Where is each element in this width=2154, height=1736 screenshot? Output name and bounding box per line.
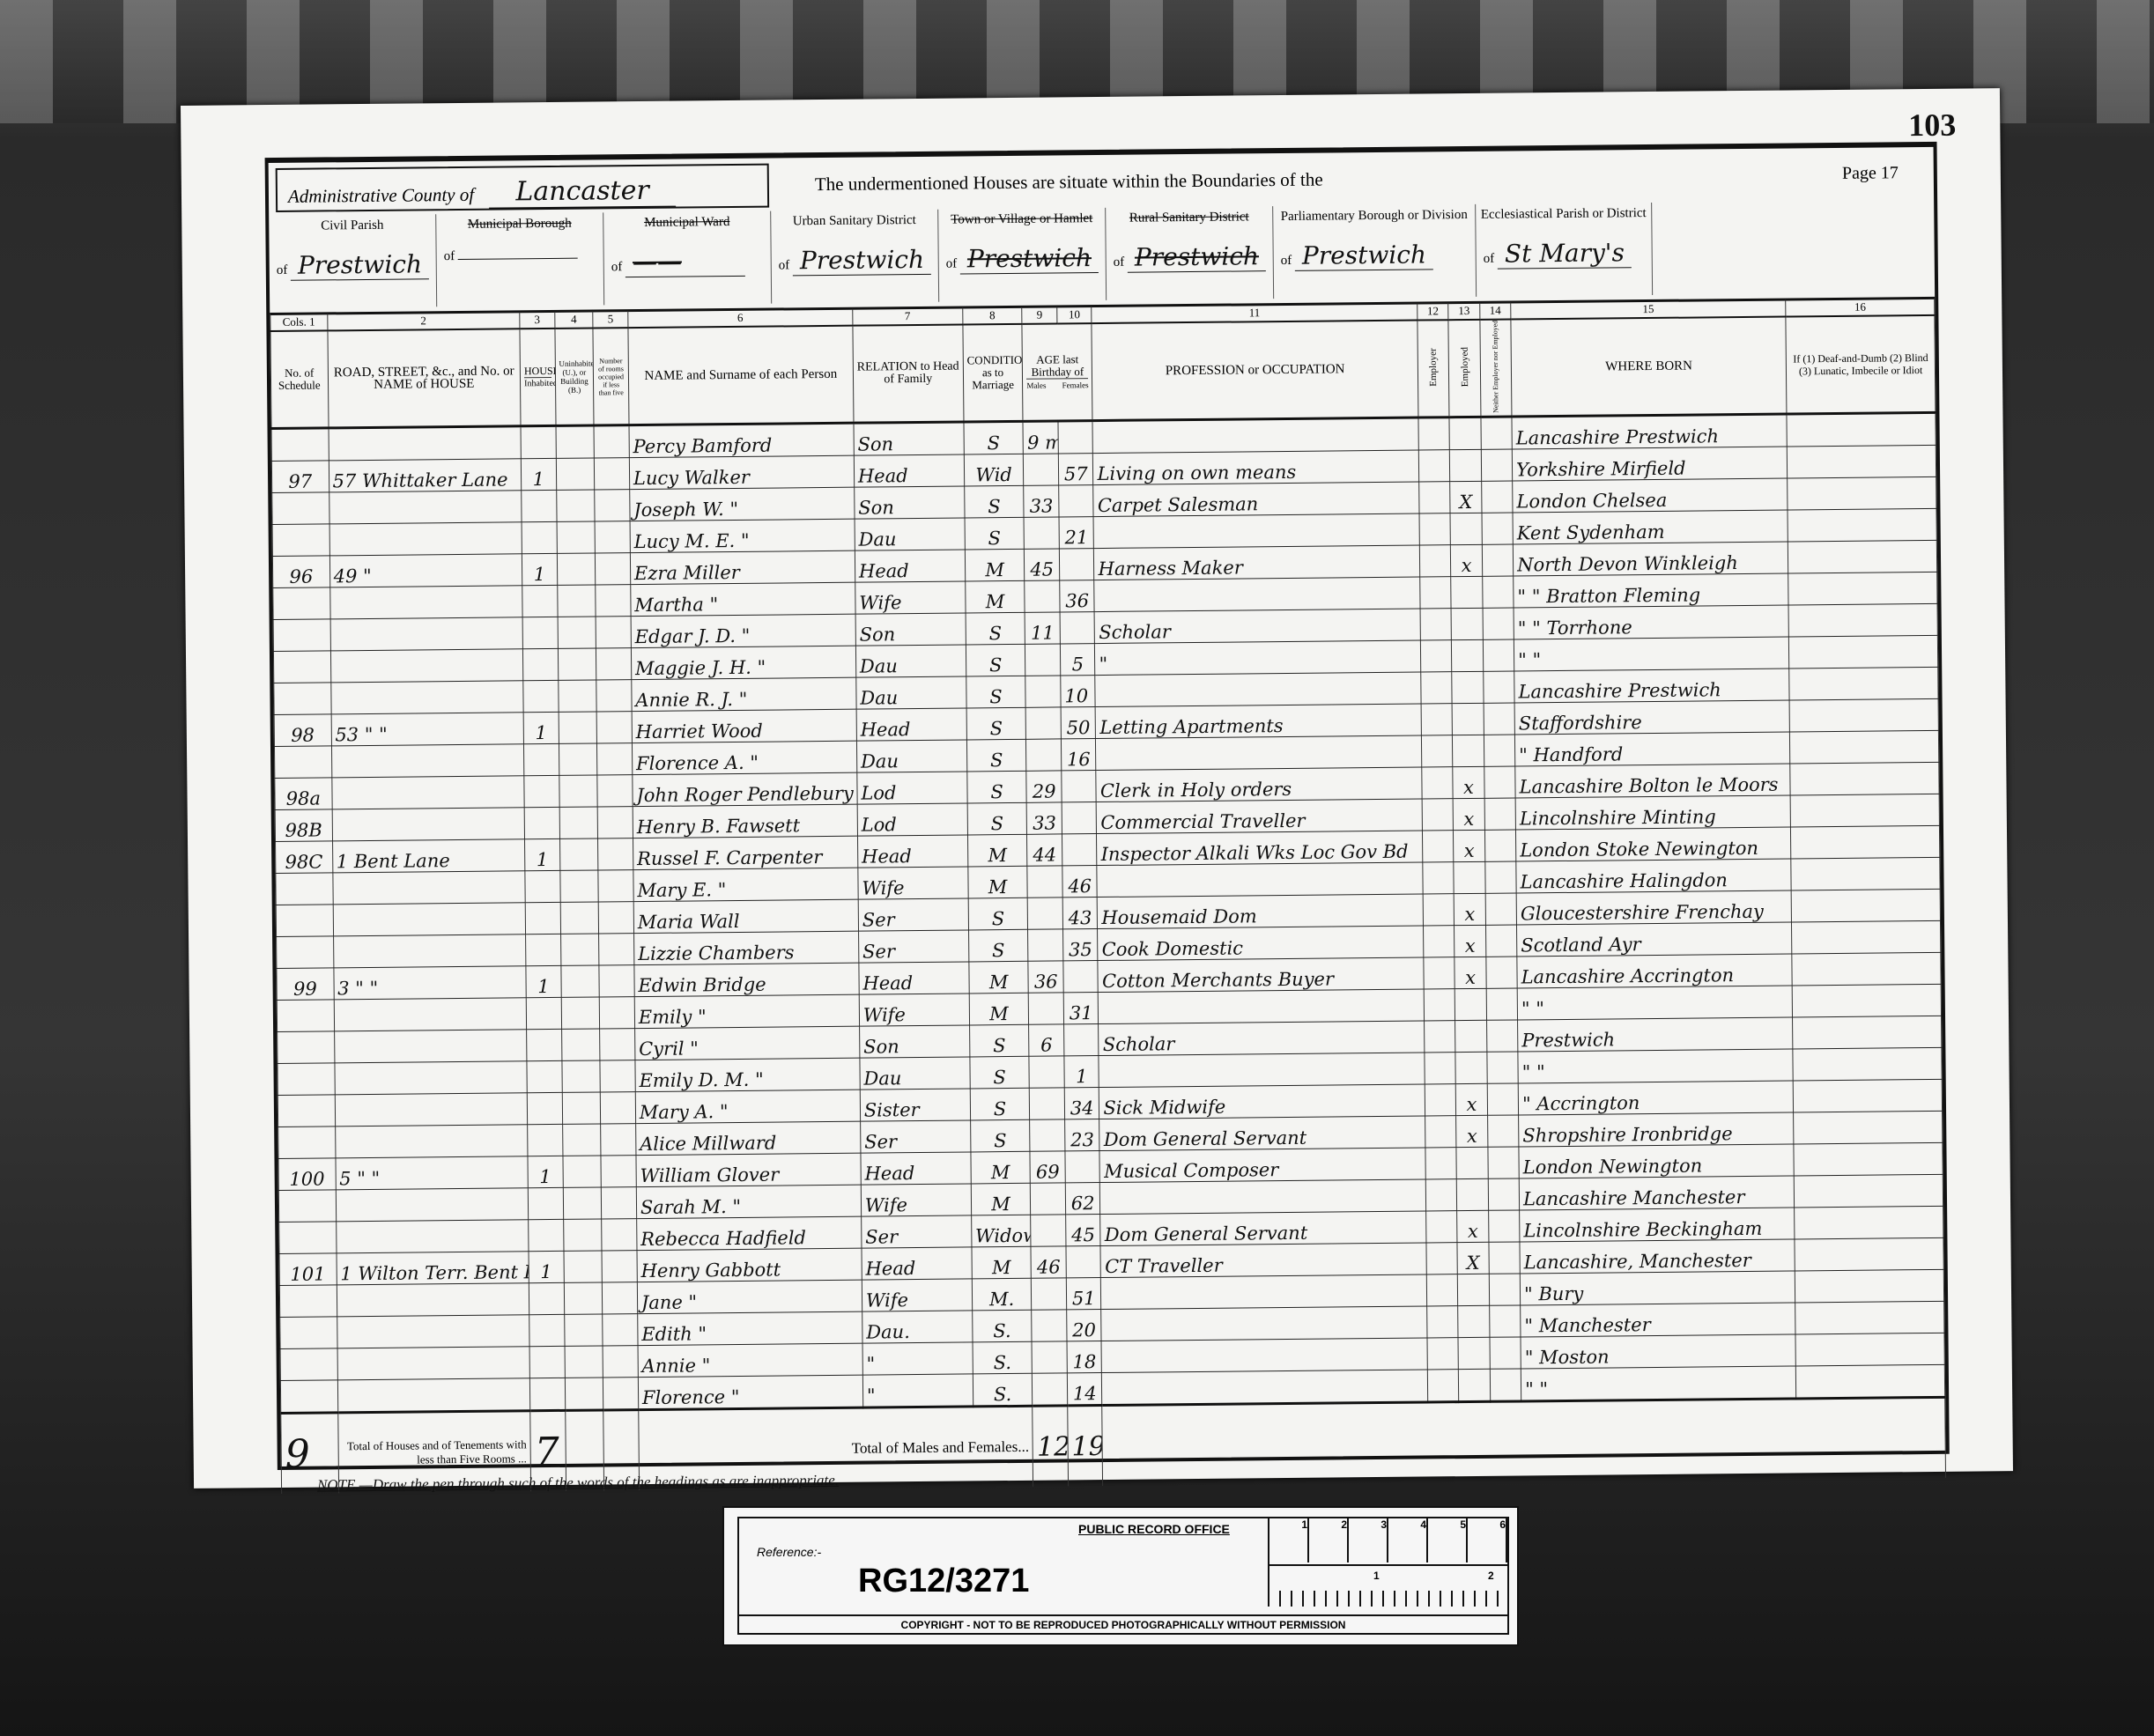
cell-addr bbox=[335, 1125, 528, 1158]
cell-born: Gloucestershire Frenchay bbox=[1516, 890, 1792, 925]
cell-inh bbox=[522, 522, 557, 554]
cell-name: Annie " bbox=[638, 1343, 862, 1377]
cell-name: Emily D. M. " bbox=[635, 1058, 860, 1091]
cell-inh bbox=[527, 1029, 562, 1060]
cell-sched bbox=[276, 905, 333, 937]
cell-cond: S bbox=[966, 612, 1025, 645]
cell-cond: S. bbox=[973, 1373, 1033, 1407]
cell-addr bbox=[334, 1061, 527, 1095]
cell-addr: 1 Bent Lane bbox=[332, 839, 525, 873]
cell-addr: 49 " bbox=[329, 554, 522, 587]
cell-name: Edith " bbox=[638, 1311, 862, 1345]
cell-addr bbox=[329, 522, 522, 556]
cell-m: 9 months bbox=[1023, 421, 1058, 454]
cell-cond: S. bbox=[973, 1341, 1033, 1374]
cell-name: Cyril " bbox=[634, 1026, 859, 1060]
heading-employer: Employer bbox=[1417, 320, 1449, 417]
cell-emp: x bbox=[1453, 766, 1484, 798]
heading-infirmity: If (1) Deaf-and-Dumb (2) Blind (3) Lunat… bbox=[1786, 315, 1936, 414]
cell-occ: Housemaid Dom bbox=[1098, 894, 1424, 929]
cell-name: Alice Millward bbox=[635, 1121, 860, 1155]
division-value: Prestwich bbox=[1128, 241, 1266, 273]
cell-occ: Carpet Salesman bbox=[1093, 482, 1419, 517]
cell-name: Mary A. " bbox=[635, 1090, 860, 1123]
cell-sched: 96 bbox=[272, 556, 329, 588]
cell-f bbox=[1062, 771, 1097, 802]
cm-mark: 6 bbox=[1468, 1518, 1507, 1562]
cm-mark: 5 bbox=[1428, 1518, 1468, 1562]
cell-occ: Harness Maker bbox=[1094, 545, 1420, 580]
cell-cond: S bbox=[969, 1024, 1029, 1057]
cell-m: 44 bbox=[1027, 834, 1062, 866]
cell-born: North Devon Winkleigh bbox=[1513, 542, 1788, 576]
cell-f: 45 bbox=[1066, 1215, 1101, 1246]
census-page: 103 Administrative County of Lancaster T… bbox=[181, 88, 2013, 1489]
cell-f: 20 bbox=[1067, 1310, 1102, 1341]
cell-rel: Ser bbox=[860, 1120, 970, 1153]
cell-emp bbox=[1450, 513, 1482, 544]
cell-emp: x bbox=[1454, 830, 1485, 861]
cell-cond: S bbox=[968, 898, 1028, 930]
cell-born: " Accrington bbox=[1518, 1081, 1794, 1115]
heading-schedule: No. of Schedule bbox=[270, 330, 329, 428]
division-label: Municipal Ward bbox=[603, 211, 770, 248]
cell-born: " " bbox=[1514, 637, 1789, 671]
cell-cond: S bbox=[966, 676, 1025, 708]
cell-emp bbox=[1457, 1178, 1489, 1210]
cell-sched: 98 bbox=[274, 714, 331, 747]
cell-emp bbox=[1452, 671, 1484, 703]
cell-f: 1 bbox=[1064, 1056, 1099, 1088]
cell-rel: Head bbox=[859, 962, 969, 994]
cell-inh bbox=[528, 1124, 563, 1156]
cell-addr: 53 " " bbox=[331, 713, 524, 746]
cell-cond: S bbox=[970, 1056, 1030, 1089]
cell-cond: S bbox=[964, 485, 1024, 518]
division-label: Urban Sanitary District bbox=[771, 210, 937, 247]
cell-f bbox=[1063, 1024, 1099, 1056]
cell-cond: M bbox=[967, 834, 1027, 867]
heading-rooms: Number of rooms occupied if less than fi… bbox=[593, 328, 629, 425]
heading-age-label: AGE last Birthday of bbox=[1026, 353, 1088, 379]
cell-rel: Head bbox=[856, 708, 966, 741]
cell-occ bbox=[1102, 1370, 1428, 1406]
cell-inh: 1 bbox=[526, 965, 561, 997]
cell-born: " " bbox=[1521, 1366, 1796, 1401]
division-label: Ecclesiastical Parish or District bbox=[1476, 203, 1651, 240]
cell-m bbox=[1031, 1183, 1066, 1215]
cell-born: Lincolnshire Beckingham bbox=[1520, 1208, 1795, 1242]
cell-addr: 1 Wilton Terr. Bent Lane bbox=[337, 1252, 529, 1285]
division-row: Civil Parish of PrestwichMunicipal Borou… bbox=[269, 147, 1934, 163]
cell-inh bbox=[527, 1092, 562, 1124]
cell-f: 46 bbox=[1062, 866, 1098, 898]
heading-males: Males bbox=[1026, 379, 1046, 391]
cell-cond: M bbox=[965, 580, 1025, 613]
cell-rel: Head bbox=[862, 1247, 972, 1280]
cell-inh bbox=[529, 1314, 565, 1346]
cell-sched bbox=[278, 1127, 336, 1159]
cell-inh bbox=[529, 1282, 564, 1314]
cell-name: Henry B. Fawsett bbox=[633, 804, 857, 838]
cell-name: Henry Gabbott bbox=[637, 1248, 862, 1282]
cell-sched bbox=[280, 1380, 337, 1414]
cell-inh bbox=[529, 1346, 565, 1378]
folio-number: 103 bbox=[1908, 107, 1956, 144]
cell-emp: x bbox=[1453, 798, 1484, 830]
cell-cond: M bbox=[972, 1246, 1032, 1279]
cell-born: " " bbox=[1517, 986, 1793, 1020]
cell-occ: Letting Apartments bbox=[1096, 704, 1422, 739]
cell-rel: Son bbox=[859, 1025, 969, 1058]
cell-m: 6 bbox=[1029, 1024, 1064, 1056]
cell-occ bbox=[1101, 1274, 1427, 1310]
cell-addr bbox=[334, 998, 527, 1031]
cell-emp: X bbox=[1457, 1242, 1489, 1274]
cell-name: Lucy Walker bbox=[629, 455, 854, 489]
division-0: Civil Parish of Prestwich bbox=[269, 214, 437, 308]
cell-emp bbox=[1458, 1305, 1490, 1337]
cell-emp: x bbox=[1457, 1210, 1489, 1242]
cell-m bbox=[1024, 454, 1059, 485]
cell-f: 14 bbox=[1067, 1373, 1102, 1406]
cm-mark: 3 bbox=[1349, 1518, 1388, 1562]
cell-addr bbox=[331, 776, 524, 809]
cell-cond: Wid bbox=[964, 454, 1024, 486]
cell-name: Annie R. J. " bbox=[632, 677, 856, 711]
cell-born: " " bbox=[1518, 1049, 1794, 1083]
cm-mark: 2 bbox=[1309, 1518, 1349, 1562]
cell-occ bbox=[1094, 577, 1420, 612]
cell-occ bbox=[1101, 1338, 1427, 1373]
cell-sched bbox=[279, 1285, 337, 1318]
cell-sched: 100 bbox=[278, 1158, 336, 1191]
cell-born: Lancashire Prestwich bbox=[1512, 414, 1788, 449]
column-number: Cols. 1 bbox=[270, 314, 328, 331]
division-value bbox=[458, 258, 578, 260]
cell-inh bbox=[522, 586, 558, 617]
cell-born: Lancashire Bolton le Moors bbox=[1515, 764, 1791, 798]
cell-m bbox=[1032, 1278, 1067, 1310]
cell-emp: X bbox=[1450, 481, 1482, 513]
cell-inh bbox=[525, 903, 560, 934]
cell-sched: 97 bbox=[271, 461, 329, 493]
division-2: Municipal Ward of —— bbox=[603, 211, 772, 306]
division-of: of bbox=[444, 249, 455, 263]
cell-sched bbox=[278, 1190, 336, 1223]
cell-name: Edwin Bridge bbox=[634, 963, 859, 996]
cell-inh bbox=[523, 649, 559, 681]
cell-m bbox=[1032, 1310, 1067, 1341]
cell-rel: Lod bbox=[857, 772, 967, 804]
cell-inh bbox=[528, 1187, 563, 1219]
cell-addr bbox=[329, 426, 522, 461]
copyright-notice: COPYRIGHT - NOT TO BE REPRODUCED PHOTOGR… bbox=[739, 1614, 1507, 1631]
cell-f: 16 bbox=[1061, 739, 1096, 771]
cell-occ bbox=[1096, 735, 1422, 771]
form-note: NOTE.—Draw the pen through such of the w… bbox=[317, 1472, 839, 1495]
cell-emp bbox=[1458, 1274, 1490, 1305]
cell-born: Lancashire Halingdon bbox=[1516, 859, 1792, 893]
cm-mark: 1 bbox=[1269, 1518, 1309, 1562]
cell-sched bbox=[271, 428, 329, 462]
cell-m bbox=[1025, 644, 1061, 676]
page-number: Page 17 bbox=[1842, 163, 1899, 184]
column-number: 4 bbox=[554, 312, 593, 329]
public-record-office-stamp: PUBLIC RECORD OFFICE Reference:- RG12/32… bbox=[722, 1506, 1519, 1646]
cell-name: Ezra Miller bbox=[630, 550, 855, 584]
cell-f bbox=[1060, 612, 1095, 644]
cell-cond: S bbox=[966, 644, 1025, 676]
cell-occ: Dom General Servant bbox=[1100, 1211, 1426, 1246]
cell-f bbox=[1058, 421, 1093, 454]
column-number: 9 bbox=[1022, 307, 1057, 323]
division-of: of bbox=[1484, 252, 1495, 266]
cell-sched bbox=[278, 1031, 335, 1064]
cell-sched: 98C bbox=[276, 841, 333, 874]
cell-born: Scotland Ayr bbox=[1517, 922, 1793, 957]
cell-f: 21 bbox=[1059, 517, 1094, 549]
cell-inh: 1 bbox=[523, 713, 559, 744]
cell-occ: Clerk in Holy orders bbox=[1096, 767, 1422, 802]
heading-employed: Employed bbox=[1448, 320, 1480, 417]
cell-inh: 1 bbox=[522, 554, 557, 586]
cell-m: 29 bbox=[1026, 771, 1062, 802]
cell-emp bbox=[1454, 861, 1485, 893]
cell-f bbox=[1063, 961, 1099, 993]
cell-f: 18 bbox=[1067, 1341, 1102, 1373]
cell-name: Rebecca Hadfield bbox=[637, 1216, 862, 1250]
cell-occ: Cook Domestic bbox=[1098, 926, 1424, 961]
stamp-title: PUBLIC RECORD OFFICE bbox=[1078, 1522, 1230, 1536]
cell-f: 10 mths bbox=[1061, 676, 1096, 707]
cell-name: Sarah M. " bbox=[636, 1185, 861, 1218]
cell-emp bbox=[1451, 576, 1483, 608]
division-of: of bbox=[1114, 255, 1125, 270]
cell-cond: S bbox=[966, 707, 1026, 740]
cell-born: " Manchester bbox=[1521, 1303, 1796, 1337]
division-label: Civil Parish bbox=[269, 214, 435, 251]
cell-emp bbox=[1455, 988, 1487, 1020]
reference-number: RG12/3271 bbox=[858, 1562, 1029, 1600]
cell-f bbox=[1062, 802, 1097, 834]
cell-rel: Lod bbox=[857, 803, 967, 836]
cell-addr bbox=[329, 491, 522, 524]
cell-emp bbox=[1455, 1052, 1487, 1083]
cell-m: 45 bbox=[1025, 549, 1060, 580]
cell-inh bbox=[522, 617, 558, 649]
cell-m: 11 bbox=[1025, 612, 1060, 644]
cell-f bbox=[1062, 834, 1097, 866]
cell-addr bbox=[334, 1030, 527, 1063]
cell-addr bbox=[330, 649, 523, 683]
cell-name: Lizzie Chambers bbox=[633, 931, 858, 964]
cell-cond: Widow bbox=[971, 1215, 1031, 1247]
cell-occ: Cotton Merchants Buyer bbox=[1098, 957, 1424, 993]
cell-addr bbox=[333, 934, 526, 968]
heading-uninhabited: Uninhabited (U.), or Building (B.) bbox=[555, 329, 595, 426]
cell-f: 50 bbox=[1061, 707, 1096, 739]
heading-where-born: WHERE BORN bbox=[1511, 317, 1787, 417]
heading-females: Females bbox=[1062, 379, 1088, 391]
cell-inh: 1 bbox=[528, 1156, 563, 1187]
cell-inh bbox=[527, 1060, 562, 1092]
cell-f: 5 bbox=[1060, 644, 1095, 676]
cell-cond: M bbox=[968, 866, 1028, 898]
cell-sched bbox=[272, 524, 329, 557]
cell-sched bbox=[278, 1095, 335, 1127]
column-number: 16 bbox=[1786, 299, 1935, 317]
cell-name: Mary E. " bbox=[633, 868, 858, 901]
division-value: Prestwich bbox=[1295, 240, 1433, 271]
cell-occ: Scholar bbox=[1099, 1021, 1425, 1056]
cell-name: Lucy M. E. " bbox=[630, 519, 855, 552]
cell-sched bbox=[274, 746, 331, 779]
inch-mark: 1 bbox=[1373, 1570, 1380, 1582]
cell-addr bbox=[336, 1220, 529, 1253]
cell-born: Kent Sydenham bbox=[1513, 510, 1788, 544]
cell-f: 43 bbox=[1062, 898, 1098, 929]
cell-name: Percy Bamford bbox=[629, 423, 854, 457]
cell-rel: Dau. bbox=[862, 1311, 973, 1343]
division-7: Ecclesiastical Parish or District of St … bbox=[1476, 203, 1653, 297]
cell-addr bbox=[330, 617, 523, 651]
cell-sched bbox=[280, 1317, 337, 1349]
cell-inh bbox=[523, 681, 559, 713]
cell-born: Staffordshire bbox=[1514, 700, 1790, 735]
cell-emp: x bbox=[1456, 1115, 1488, 1147]
census-table: Cols. 12345678910111213141516 No. of Sch… bbox=[270, 299, 1946, 1494]
cell-inh bbox=[526, 934, 561, 965]
cell-rel: Ser bbox=[858, 930, 968, 963]
cell-m bbox=[1030, 1119, 1065, 1151]
cell-occ bbox=[1097, 862, 1423, 898]
cell-inh bbox=[529, 1378, 565, 1410]
cell-rel: Dau bbox=[855, 645, 966, 677]
cell-cond: S bbox=[968, 929, 1028, 962]
division-value: —— bbox=[625, 247, 745, 277]
cell-addr bbox=[337, 1315, 529, 1348]
cell-f: 51 bbox=[1066, 1278, 1101, 1310]
cell-f bbox=[1059, 485, 1094, 517]
cell-occ: Scholar bbox=[1095, 609, 1421, 644]
cell-m: 36 bbox=[1028, 961, 1063, 993]
cell-cond: M bbox=[965, 549, 1025, 581]
total-females: 19 bbox=[1068, 1406, 1103, 1487]
cell-name: Florence " bbox=[638, 1375, 862, 1409]
cell-cond: S bbox=[967, 802, 1027, 835]
division-value: St Mary's bbox=[1498, 238, 1632, 269]
county-value: Lancaster bbox=[489, 175, 676, 210]
boundaries-caption: The undermentioned Houses are situate wi… bbox=[815, 169, 1323, 196]
division-of: of bbox=[277, 263, 288, 277]
cell-name: Harriet Wood bbox=[632, 709, 856, 742]
cell-emp: x bbox=[1455, 925, 1486, 957]
cell-name: Martha " bbox=[631, 582, 855, 616]
cell-cond: S bbox=[966, 739, 1026, 772]
cell-emp bbox=[1453, 735, 1484, 766]
cell-sched: 98B bbox=[275, 809, 332, 842]
cell-inh bbox=[529, 1219, 564, 1251]
cell-occ bbox=[1092, 417, 1418, 454]
cell-m bbox=[1027, 866, 1062, 898]
administrative-county: Administrative County of Lancaster bbox=[276, 164, 769, 212]
cell-sched bbox=[276, 873, 333, 905]
cell-born: London Newington bbox=[1519, 1144, 1795, 1178]
cell-f: 31 bbox=[1063, 993, 1099, 1024]
cell-rel: Dau bbox=[860, 1057, 970, 1090]
cell-sched: 98a bbox=[275, 778, 332, 810]
cell-rel: Head bbox=[857, 835, 967, 868]
cell-rel: " bbox=[862, 1374, 973, 1407]
cell-sched bbox=[273, 651, 330, 683]
cell-addr bbox=[337, 1347, 530, 1380]
division-5: Rural Sanitary District of Prestwich bbox=[1106, 206, 1274, 300]
cell-rel: Dau bbox=[856, 740, 966, 772]
county-label: Administrative County of bbox=[288, 184, 474, 207]
heading-name: NAME and Surname of each Person bbox=[628, 326, 854, 425]
cell-rel: Wife bbox=[859, 994, 969, 1026]
division-label: Rural Sanitary District bbox=[1106, 206, 1272, 243]
cell-sched bbox=[277, 936, 334, 969]
cell-sched bbox=[272, 492, 329, 525]
cell-addr bbox=[330, 681, 523, 714]
cell-m bbox=[1032, 1341, 1067, 1373]
cell-m bbox=[1024, 517, 1059, 549]
cell-cond: M bbox=[971, 1183, 1031, 1215]
division-value: Prestwich bbox=[960, 243, 1099, 275]
cell-f: 23 bbox=[1065, 1119, 1100, 1151]
cell-f bbox=[1059, 549, 1094, 580]
division-label: Town or Village or Hamlet bbox=[938, 208, 1105, 245]
column-headings: No. of Schedule ROAD, STREET, &c., and N… bbox=[270, 315, 1936, 429]
division-value: Prestwich bbox=[793, 245, 931, 277]
cell-occ: Inspector Alkali Wks Loc Gov Bd bbox=[1097, 831, 1423, 866]
cell-m: 33 bbox=[1027, 802, 1062, 834]
cm-mark: 4 bbox=[1388, 1518, 1428, 1562]
cell-f: 62 bbox=[1065, 1183, 1100, 1215]
cell-addr bbox=[336, 1188, 529, 1222]
cell-rel: Sister bbox=[860, 1089, 970, 1121]
cell-rel: Head bbox=[854, 454, 964, 487]
cell-rel: Wife bbox=[862, 1279, 972, 1311]
cell-name: Emily " bbox=[634, 994, 859, 1028]
cell-occ: Commercial Traveller bbox=[1097, 799, 1423, 834]
cell-name: John Roger Pendlebury bbox=[633, 772, 857, 806]
cell-born: London Chelsea bbox=[1513, 478, 1788, 513]
cell-occ bbox=[1099, 1053, 1425, 1088]
cell-rel: Son bbox=[854, 422, 964, 455]
cell-sched: 99 bbox=[277, 968, 334, 1001]
cell-cond: S bbox=[965, 517, 1025, 550]
census-form: Administrative County of Lancaster The u… bbox=[265, 142, 1950, 1470]
inch-mark: 2 bbox=[1488, 1570, 1494, 1582]
cell-born: Yorkshire Mirfield bbox=[1512, 447, 1788, 481]
cell-rel: Son bbox=[855, 613, 966, 646]
cell-m bbox=[1031, 1215, 1066, 1246]
heading-occupation: PROFESSION or OCCUPATION bbox=[1092, 321, 1418, 421]
cell-born: " Bury bbox=[1520, 1271, 1795, 1305]
heading-inhabited-label: Inhabited bbox=[524, 378, 556, 388]
cell-cond: M bbox=[971, 1151, 1031, 1184]
cell-emp: x bbox=[1455, 957, 1486, 988]
cell-emp bbox=[1452, 703, 1484, 735]
cell-m bbox=[1025, 707, 1061, 739]
division-of: of bbox=[946, 257, 958, 271]
cell-m bbox=[1025, 580, 1060, 612]
cell-rel: Wife bbox=[861, 1184, 971, 1216]
cell-inh bbox=[526, 997, 561, 1029]
